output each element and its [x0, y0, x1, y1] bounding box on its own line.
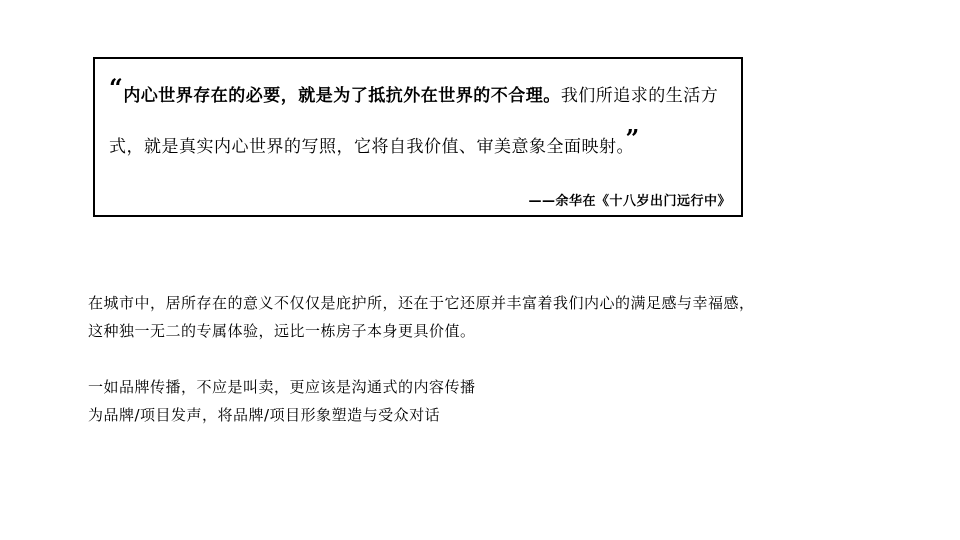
presentation-slide: “内心世界存在的必要，就是为了抵抗外在世界的不合理。我们所追求的生活方式，就是真…: [0, 0, 960, 540]
body-paragraph-housing: 在城市中，居所存在的意义不仅仅是庇护所，还在于它还原并丰富着我们内心的满足感与幸…: [88, 289, 755, 345]
paragraph2-line1: 一如品牌传播，不应是叫卖，更应该是沟通式的内容传播: [88, 373, 476, 401]
quote-box: “内心世界存在的必要，就是为了抵抗外在世界的不合理。我们所追求的生活方式，就是真…: [93, 57, 743, 217]
open-quote-mark: “: [109, 73, 123, 102]
quote-bold-sentence: 内心世界存在的必要，就是为了抵抗外在世界的不合理。: [123, 86, 561, 106]
quote-text: “内心世界存在的必要，就是为了抵抗外在世界的不合理。我们所追求的生活方式，就是真…: [109, 69, 727, 171]
paragraph1-line2: 这种独一无二的专属体验，远比一栋房子本身更具价值。: [88, 317, 755, 345]
quote-attribution: ——余华在《十八岁出门远行中》: [528, 190, 731, 209]
paragraph1-line1: 在城市中，居所存在的意义不仅仅是庇护所，还在于它还原并丰富着我们内心的满足感与幸…: [88, 289, 755, 317]
close-quote-mark: ”: [626, 124, 640, 153]
paragraph2-line2: 为品牌/项目发声，将品牌/项目形象塑造与受众对话: [88, 401, 476, 429]
body-paragraph-brand: 一如品牌传播，不应是叫卖，更应该是沟通式的内容传播 为品牌/项目发声，将品牌/项…: [88, 373, 476, 429]
